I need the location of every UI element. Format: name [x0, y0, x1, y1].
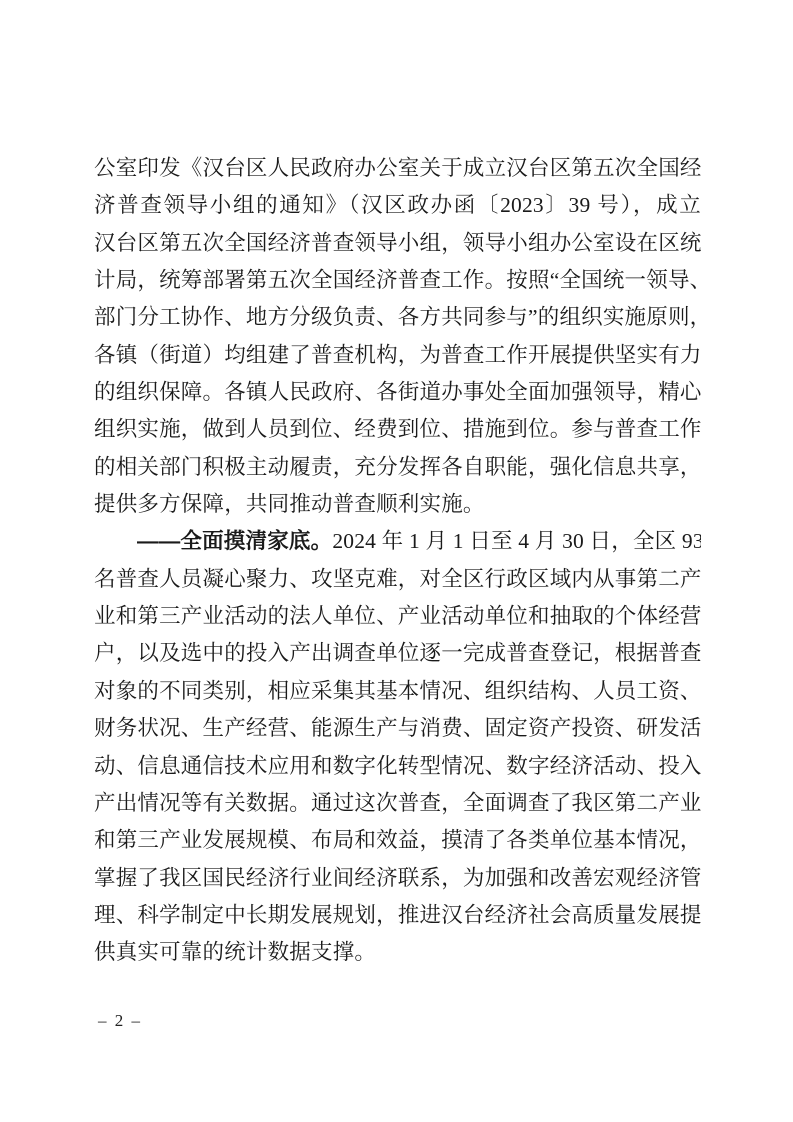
- text-line: 各镇（街道）均组建了普查机构，为普查工作开展提供坚实有力: [94, 337, 701, 374]
- line-text: 2024 年 1 月 1 日至 4 月 30 日，全区 931: [332, 529, 701, 553]
- text-line: 部门分工协作、地方分级负责、各方共同参与”的组织实施原则，: [94, 299, 701, 336]
- text-line: 计局，统筹部署第五次全国经济普查工作。按照“全国统一领导、: [94, 262, 701, 299]
- bold-lead-text: ——全面摸清家底。: [137, 529, 332, 553]
- text-line: 理、科学制定中长期发展规划，推进汉台经济社会高质量发展提: [94, 897, 701, 934]
- text-line: 公室印发《汉台区人民政府办公室关于成立汉台区第五次全国经: [94, 150, 701, 187]
- paragraph-summary: ——全面摸清家底。2024 年 1 月 1 日至 4 月 30 日，全区 931…: [94, 523, 701, 971]
- text-line: 动、信息通信技术应用和数字化转型情况、数字经济活动、投入: [94, 748, 701, 785]
- text-line: ——全面摸清家底。2024 年 1 月 1 日至 4 月 30 日，全区 931: [94, 523, 701, 560]
- paragraph-continuation: 公室印发《汉台区人民政府办公室关于成立汉台区第五次全国经济普查领导小组的通知》（…: [94, 150, 701, 523]
- text-line: 业和第三产业活动的法人单位、产业活动单位和抽取的个体经营: [94, 598, 701, 635]
- text-line: 和第三产业发展规模、布局和效益，摸清了各类单位基本情况，: [94, 822, 701, 859]
- page-number: – 2 –: [98, 1011, 142, 1031]
- text-line: 掌握了我区国民经济行业间经济联系，为加强和改善宏观经济管: [94, 860, 701, 897]
- text-line: 名普查人员凝心聚力、攻坚克难，对全区行政区域内从事第二产: [94, 561, 701, 598]
- text-line: 供真实可靠的统计数据支撑。: [94, 934, 701, 971]
- text-line: 提供多方保障，共同推动普查顺利实施。: [94, 486, 701, 523]
- text-line: 的相关部门积极主动履责，充分发挥各自职能，强化信息共享，: [94, 449, 701, 486]
- text-line: 对象的不同类别，相应采集其基本情况、组织结构、人员工资、: [94, 673, 701, 710]
- text-line: 济普查领导小组的通知》（汉区政办函〔2023〕39 号），成立: [94, 187, 701, 224]
- text-line: 组织实施，做到人员到位、经费到位、措施到位。参与普查工作: [94, 411, 701, 448]
- text-line: 产出情况等有关数据。通过这次普查，全面调查了我区第二产业: [94, 785, 701, 822]
- text-line: 财务状况、生产经营、能源生产与消费、固定资产投资、研发活: [94, 710, 701, 747]
- document-body: 公室印发《汉台区人民政府办公室关于成立汉台区第五次全国经济普查领导小组的通知》（…: [94, 150, 701, 972]
- text-line: 的组织保障。各镇人民政府、各街道办事处全面加强领导，精心: [94, 374, 701, 411]
- document-page: 公室印发《汉台区人民政府办公室关于成立汉台区第五次全国经济普查领导小组的通知》（…: [0, 0, 793, 1122]
- text-line: 汉台区第五次全国经济普查领导小组，领导小组办公室设在区统: [94, 225, 701, 262]
- text-line: 户，以及选中的投入产出调查单位逐一完成普查登记，根据普查: [94, 635, 701, 672]
